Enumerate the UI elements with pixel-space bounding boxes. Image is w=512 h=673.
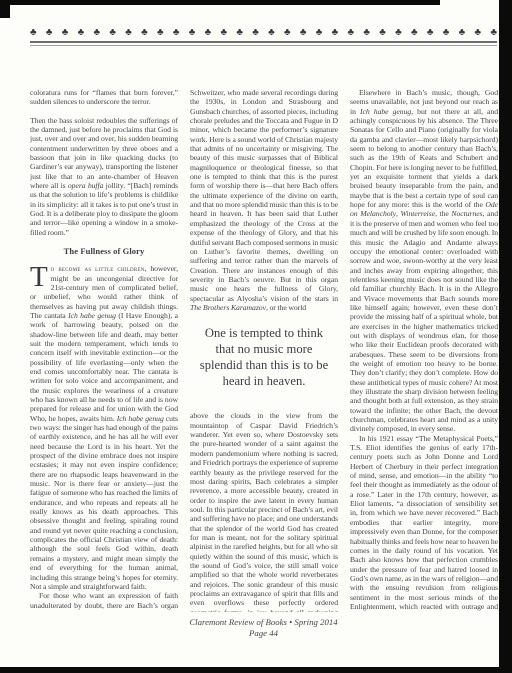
column-3: Elsewhere in Bach’s music, though, God s… (350, 88, 498, 612)
text-run: Schweitzer, who made several recordings … (190, 88, 338, 303)
scanned-magazine-page: ♣ ♣ ♣ ♣ ♣ ♣ ♣ ♣ ♣ ♣ ♣ ♣ ♣ ♣ ♣ ♣ ♣ ♣ ♣ ♣ … (0, 0, 512, 673)
scan-edge-right (499, 0, 512, 673)
text-run: coloratura runs for “flames that burn fo… (30, 88, 178, 106)
ornament-row: ♣ ♣ ♣ ♣ ♣ ♣ ♣ ♣ ♣ ♣ ♣ ♣ ♣ ♣ ♣ ♣ ♣ ♣ ♣ ♣ … (30, 27, 497, 38)
text-run: Then the bass soloist redoubles the suff… (30, 116, 178, 190)
article-columns: coloratura runs for “flames that burn fo… (30, 88, 498, 612)
text-run: For those who want an expression of fait… (30, 591, 178, 612)
footer-page-number: Page 44 (30, 628, 497, 639)
body-paragraph: Schweitzer, who made several recordings … (190, 88, 338, 312)
text-run: , but not there at all, and achingly con… (350, 107, 498, 209)
text-run: above the clouds in the view from the mo… (190, 411, 338, 612)
column-2: Schweitzer, who made several recordings … (190, 88, 338, 612)
drop-cap: T (30, 264, 51, 289)
section-heading: The Fullness of Glory (30, 246, 178, 256)
body-paragraph: coloratura runs for “flames that burn fo… (30, 88, 178, 107)
scan-edge-top (0, 0, 440, 5)
italic-run: Nocturnes (451, 209, 482, 218)
italic-run: Ich habe genug (360, 107, 411, 116)
text-run: (I Have Enough), a work of harrowing bea… (30, 311, 178, 423)
body-paragraph: For those who want an expression of fait… (30, 591, 178, 612)
header-double-rule (30, 41, 497, 46)
footer-journal-line: Claremont Review of Books • Spring 2014 (30, 617, 497, 628)
body-paragraph: In his 1921 essay “The Metaphysical Poet… (350, 434, 498, 612)
text-run: , or the world (266, 303, 306, 312)
scan-edge-bottom (0, 667, 512, 673)
italic-run: Ich habe genug (117, 414, 164, 423)
small-caps-run: o become as little children, (51, 264, 147, 273)
pull-quote: One is tempted to think that no music mo… (190, 326, 338, 389)
italic-run: Ich habe genug (68, 311, 116, 320)
text-run: In his 1921 essay “The Metaphysical Poet… (350, 434, 498, 612)
body-paragraph: above the clouds in the view from the mo… (190, 411, 338, 612)
body-paragraph: To become as little children, however, m… (30, 264, 178, 591)
text-run: , the (435, 209, 451, 218)
scan-edge-corner (0, 0, 10, 18)
text-run: , and it is the preserve of men and wome… (350, 209, 498, 433)
body-paragraph: Then the bass soloist redoubles the suff… (30, 116, 178, 237)
page-footer: Claremont Review of Books • Spring 2014 … (30, 617, 497, 639)
text-run: cuts two ways: the singer has had enough… (30, 414, 178, 591)
italic-run: opera buffa (68, 181, 104, 190)
italic-run: The Brothers Karamazov (190, 303, 266, 312)
column-1: coloratura runs for “flames that burn fo… (30, 88, 178, 612)
body-paragraph: Elsewhere in Bach’s music, though, God s… (350, 88, 498, 434)
italic-run: Winterreise (400, 209, 435, 218)
